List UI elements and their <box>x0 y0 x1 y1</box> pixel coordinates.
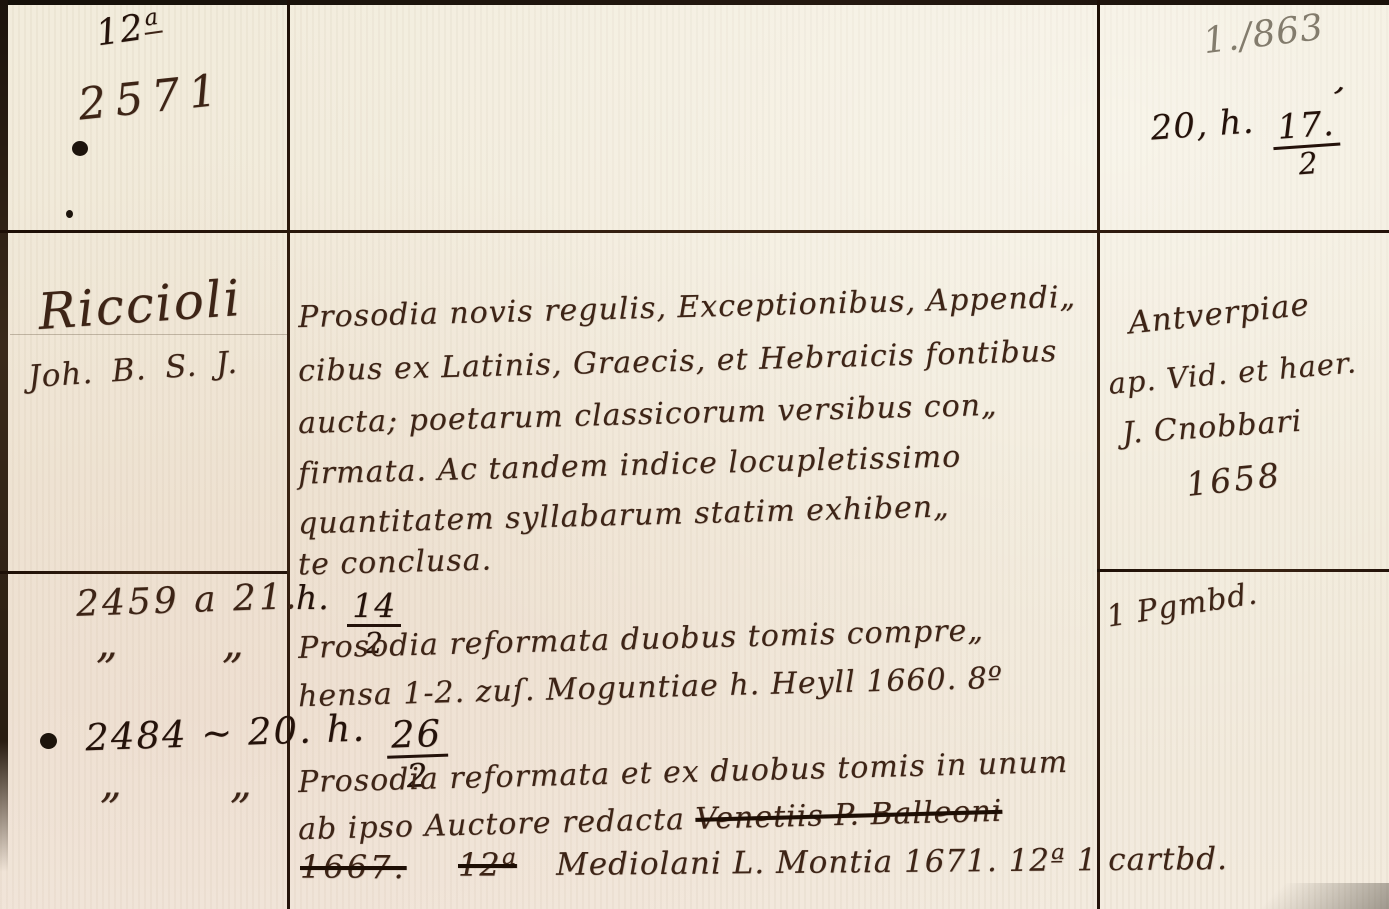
imprint-year: 1658 <box>1184 455 1284 504</box>
entry3-imprint: Mediolani L. Montia 1671. 12ª 1 cartbd. <box>556 841 1228 883</box>
imprint-publisher-line: ap. Vid. et haer. <box>1107 345 1358 401</box>
header-shelfmark: 20, h. 17.2 <box>1149 96 1343 191</box>
format-note-number: 12 <box>94 7 147 54</box>
catalog-card: 12a 2571 1./863 20, h. 17.2 ʼ Riccioli J… <box>0 0 1389 909</box>
card-top-edge <box>0 0 1389 5</box>
card-left-edge <box>0 0 8 872</box>
horizontal-rule-right-segment <box>1097 569 1389 572</box>
entry2-binding-note: 1 Pgmbd. <box>1104 576 1260 634</box>
title-line: cibus ex Latinis, Graecis, et Hebraicis … <box>298 334 1058 389</box>
ditto-mark: „ <box>96 618 119 667</box>
pencil-number: 1./863 <box>1201 7 1326 62</box>
author-detail: Joh. B. S. J. <box>27 345 239 396</box>
entry3-text-line: ab ipso Auctore redacta Venetiis P. Ball… <box>298 794 1003 847</box>
title-line: quantitatem syllabarum statim exhiben„ <box>298 489 950 541</box>
accession-number: 2571 <box>76 64 229 130</box>
entry3-struck-year: 1667. <box>300 848 407 886</box>
ditto-mark: „ <box>222 618 245 667</box>
ink-dot <box>72 141 88 156</box>
ink-dot <box>40 733 57 749</box>
entry2-shelf-numerator: 14 <box>347 589 401 627</box>
entry3-struck-format: 12ª <box>458 846 517 884</box>
title-line: te conclusa. <box>298 542 493 582</box>
imprint-place: Antverpiae <box>1127 287 1312 342</box>
ink-dot <box>66 210 73 218</box>
horizontal-rule-header <box>0 230 1389 233</box>
shelfmark-denominator: 2 <box>1297 147 1319 180</box>
entry3-number: 2484 ~ 20. <box>85 708 314 759</box>
author-name: Riccioli <box>36 269 243 341</box>
entry3-shelf-prefix: h. <box>326 707 367 751</box>
entry2-shelf-prefix: h. <box>296 578 330 617</box>
entry3-shelf-numerator: 26 <box>385 715 448 759</box>
format-note-superscript: a <box>141 4 163 35</box>
title-line: Prosodia novis regulis, Exceptionibus, A… <box>298 280 1077 335</box>
scan-corner-shadow <box>1229 883 1389 909</box>
title-line: aucta; poetarum classicorum versibus con… <box>298 388 998 441</box>
horizontal-rule-left-segment <box>0 571 287 574</box>
entry3-line2-struck-text: Venetiis P. Balleoni <box>695 794 1003 837</box>
ditto-mark: „ <box>230 758 253 807</box>
entry3-line2-prefix: ab ipso Auctore redacta <box>298 802 696 847</box>
format-note: 12a <box>93 4 164 55</box>
ditto-mark: „ <box>100 758 123 807</box>
shelfmark-prefix: 20, h. <box>1149 101 1255 148</box>
vertical-rule-right <box>1097 0 1100 909</box>
imprint-publisher-line: J. Cnobbari <box>1121 404 1303 451</box>
title-line: firmata. Ac tandem indice locupletissimo <box>298 439 962 491</box>
